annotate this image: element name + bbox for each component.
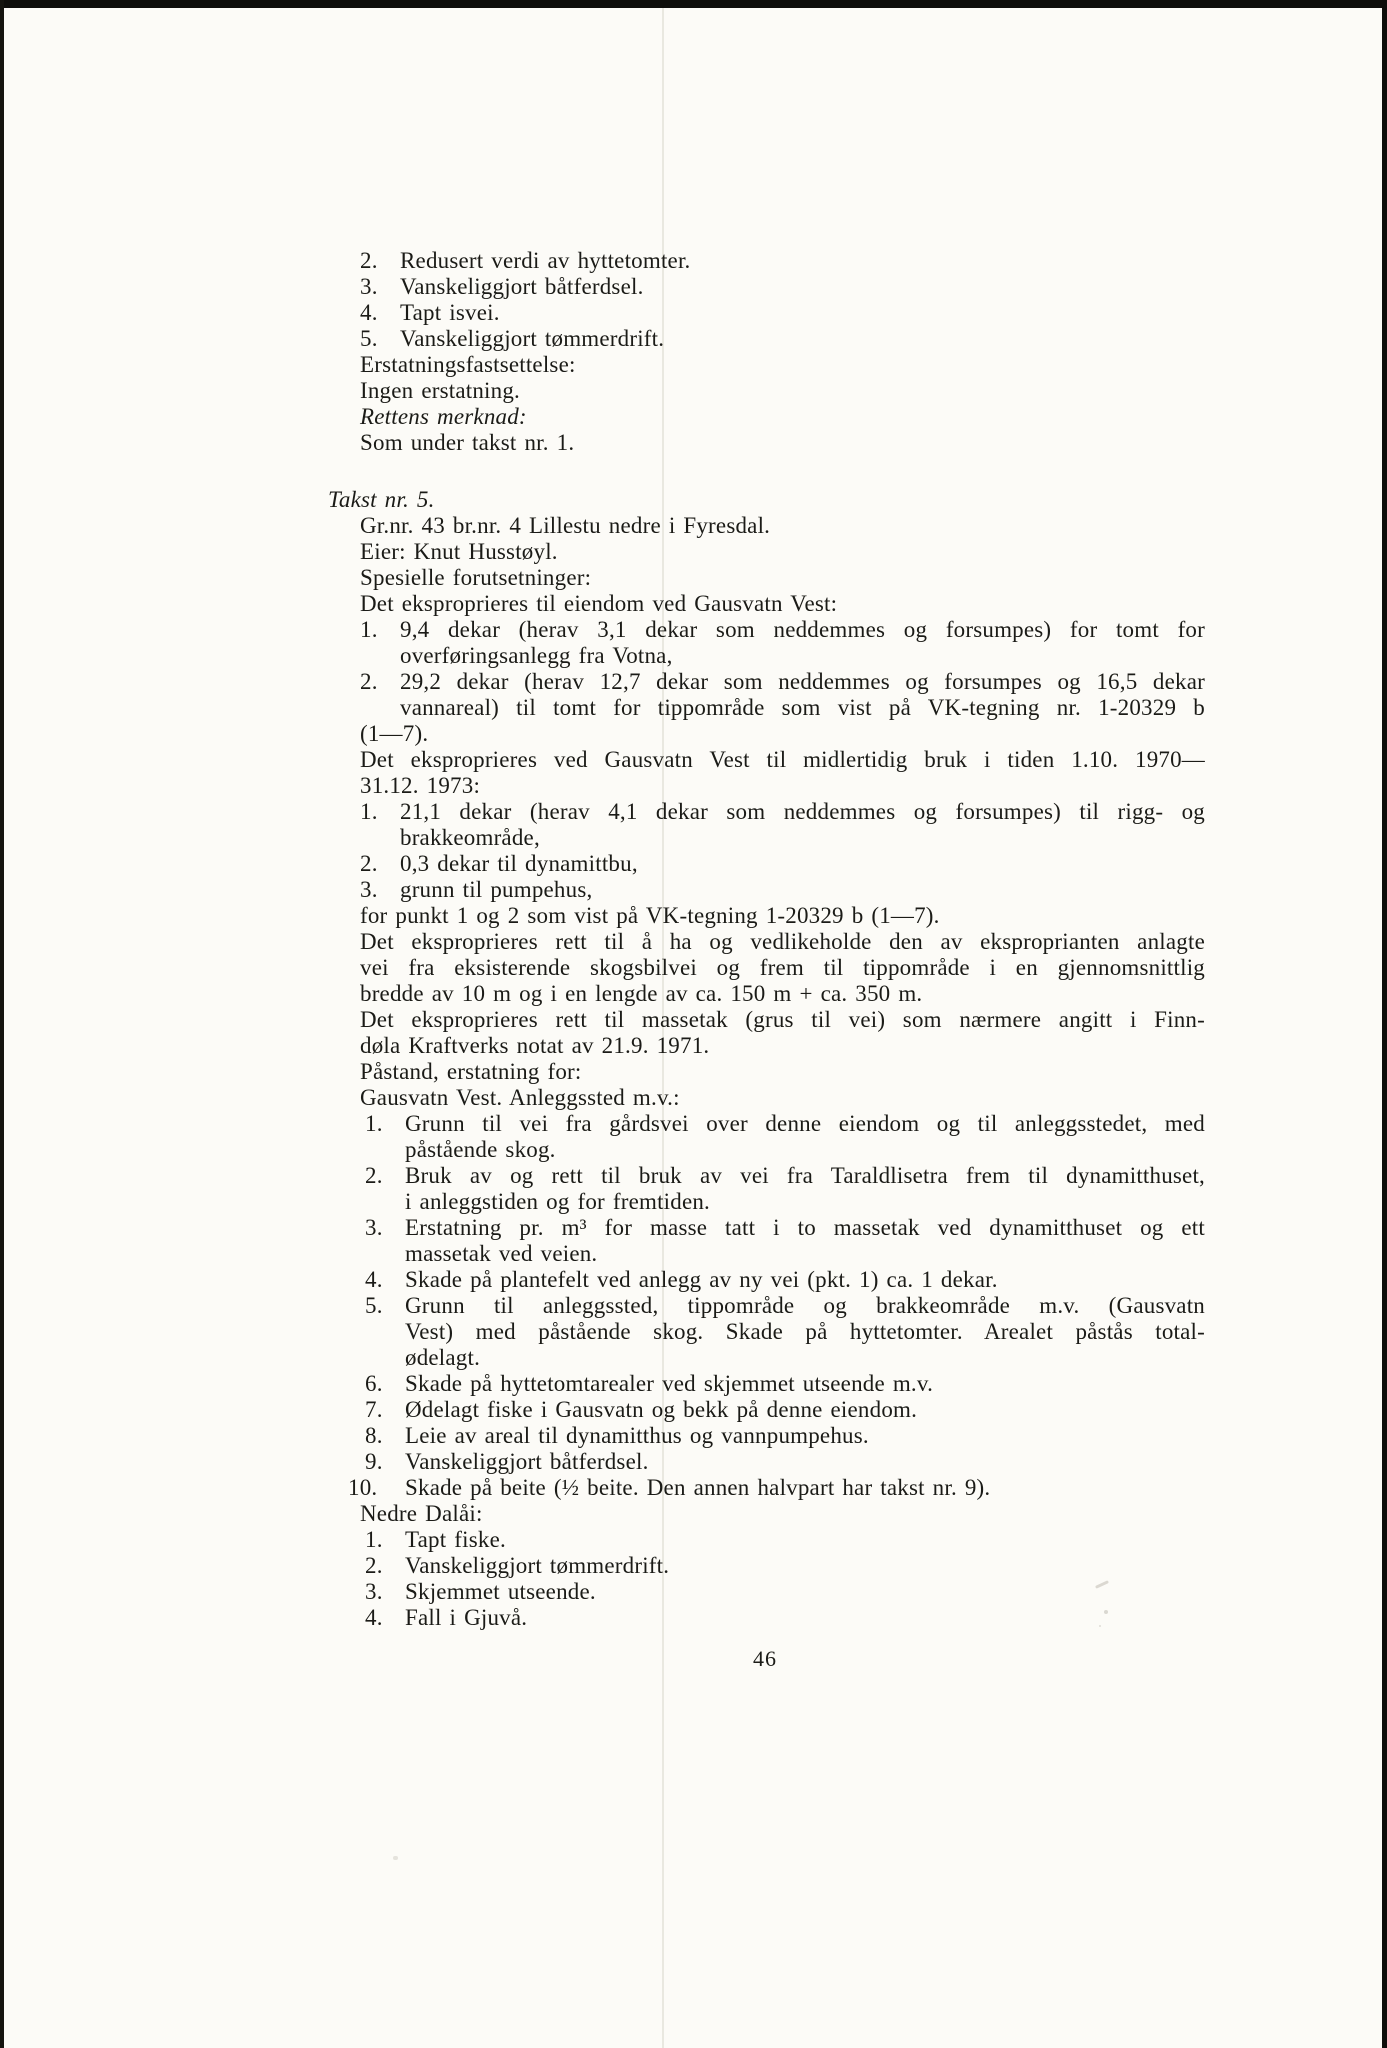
text-line: Rettens merknad: bbox=[360, 404, 527, 430]
text-run: Vanskeliggjort tømmerdrift. bbox=[400, 326, 664, 352]
text-line: 1.21,1 dekar (herav 4,1 dekar som neddem… bbox=[360, 799, 1205, 825]
list-number: 3. bbox=[365, 1579, 405, 1605]
list-number: 7. bbox=[365, 1397, 405, 1423]
text-run: Bruk av og rett til bruk av vei fra Tara… bbox=[405, 1163, 1205, 1189]
text-run: påstående skog. bbox=[405, 1137, 556, 1163]
text-line: 3.Vanskeliggjort båtferdsel. bbox=[360, 274, 644, 300]
text-run: Skjemmet utseende. bbox=[405, 1579, 596, 1605]
scan-speck bbox=[1104, 1610, 1108, 1614]
text-line: Det eksproprieres ved Gausvatn Vest til … bbox=[360, 747, 1205, 773]
list-number: 1. bbox=[360, 799, 400, 825]
text-run: massetak ved veien. bbox=[405, 1241, 597, 1267]
text-run: brakkeområde, bbox=[400, 825, 540, 851]
list-number: 1. bbox=[365, 1527, 405, 1553]
list-number: 2. bbox=[360, 669, 400, 695]
text-run: Eier: Knut Husstøyl. bbox=[360, 539, 558, 565]
text-line: 4.Tapt isvei. bbox=[360, 300, 500, 326]
text-run: Det eksproprieres rett til massetak (gru… bbox=[360, 1007, 1205, 1033]
list-number: 5. bbox=[360, 326, 400, 352]
list-number: 9. bbox=[365, 1449, 405, 1475]
text-line: 2.0,3 dekar til dynamittbu, bbox=[360, 851, 638, 877]
text-run: Som under takst nr. 1. bbox=[360, 430, 574, 456]
text-run: Leie av areal til dynamitthus og vannpum… bbox=[405, 1423, 869, 1449]
text-line: Gausvatn Vest. Anleggssted m.v.: bbox=[360, 1085, 680, 1111]
text-line: Som under takst nr. 1. bbox=[360, 430, 574, 456]
text-line: 2.Vanskeliggjort tømmerdrift. bbox=[365, 1553, 669, 1579]
text-run: Takst nr. 5. bbox=[328, 487, 435, 513]
text-run: vannareal) til tomt for tippområde som v… bbox=[400, 695, 1205, 721]
text-line: 10.Skade på beite (½ beite. Den annen ha… bbox=[348, 1475, 990, 1501]
text-run: Tapt isvei. bbox=[400, 300, 500, 326]
text-run: 9,4 dekar (herav 3,1 dekar som neddemmes… bbox=[400, 617, 1205, 643]
text-run: Gr.nr. 43 br.nr. 4 Lillestu nedre i Fyre… bbox=[360, 513, 770, 539]
scan-speck bbox=[393, 1856, 398, 1860]
text-run: døla Kraftverks notat av 21.9. 1971. bbox=[360, 1033, 709, 1059]
list-number: 4. bbox=[365, 1605, 405, 1631]
list-number: 3. bbox=[365, 1215, 405, 1241]
text-run: grunn til pumpehus, bbox=[400, 877, 592, 903]
text-run: Grunn til anleggssted, tippområde og bra… bbox=[405, 1293, 1205, 1319]
text-line: 8.Leie av areal til dynamitthus og vannp… bbox=[365, 1423, 869, 1449]
list-number: 1. bbox=[365, 1111, 405, 1137]
text-run: 31.12. 1973: bbox=[360, 773, 480, 799]
text-run: Skade på plantefelt ved anlegg av ny vei… bbox=[405, 1267, 998, 1293]
text-line: 3.grunn til pumpehus, bbox=[360, 877, 592, 903]
text-run: Vest) med påstående skog. Skade på hytte… bbox=[405, 1319, 1205, 1345]
text-run: Det eksproprieres til eiendom ved Gausva… bbox=[360, 591, 837, 617]
text-run: overføringsanlegg fra Votna, bbox=[400, 643, 673, 669]
text-line: i anleggstiden og for fremtiden. bbox=[405, 1189, 710, 1215]
text-run: Erstatning pr. m³ for masse tatt i to ma… bbox=[405, 1215, 1205, 1241]
text-run: vei fra eksisterende skogsbilvei og frem… bbox=[360, 955, 1205, 981]
text-run: Påstand, erstatning for: bbox=[360, 1059, 582, 1085]
text-line: døla Kraftverks notat av 21.9. 1971. bbox=[360, 1033, 709, 1059]
text-line: 5.Vanskeliggjort tømmerdrift. bbox=[360, 326, 664, 352]
text-layer: 2.Redusert verdi av hyttetomter.3.Vanske… bbox=[0, 0, 1387, 2048]
text-line: Erstatningsfastsettelse: bbox=[360, 352, 576, 378]
text-line: 3.Erstatning pr. m³ for masse tatt i to … bbox=[365, 1215, 1205, 1241]
text-run: Rettens merknad: bbox=[360, 404, 527, 430]
text-line: brakkeområde, bbox=[400, 825, 540, 851]
text-run: Nedre Dalåi: bbox=[360, 1501, 483, 1527]
text-line: 1.9,4 dekar (herav 3,1 dekar som neddemm… bbox=[360, 617, 1205, 643]
text-line: Påstand, erstatning for: bbox=[360, 1059, 582, 1085]
text-line: Spesielle forutsetninger: bbox=[360, 565, 591, 591]
list-number: 4. bbox=[360, 300, 400, 326]
text-line: 2.29,2 dekar (herav 12,7 dekar som nedde… bbox=[360, 669, 1205, 695]
list-number: 1. bbox=[360, 617, 400, 643]
text-run: Vanskeliggjort tømmerdrift. bbox=[405, 1553, 669, 1579]
text-line: Ingen erstatning. bbox=[360, 378, 520, 404]
text-run: Spesielle forutsetninger: bbox=[360, 565, 591, 591]
text-line: påstående skog. bbox=[405, 1137, 556, 1163]
text-run: Grunn til vei fra gårdsvei over denne ei… bbox=[405, 1111, 1205, 1137]
text-line: 9.Vanskeliggjort båtferdsel. bbox=[365, 1449, 649, 1475]
takst-5-heading: Takst nr. 5. bbox=[328, 487, 435, 513]
text-run: ødelagt. bbox=[405, 1345, 480, 1371]
text-line: 1.Grunn til vei fra gårdsvei over denne … bbox=[365, 1111, 1205, 1137]
text-line: vannareal) til tomt for tippområde som v… bbox=[400, 695, 1205, 721]
text-line: Gr.nr. 43 br.nr. 4 Lillestu nedre i Fyre… bbox=[360, 513, 770, 539]
text-line: Nedre Dalåi: bbox=[360, 1501, 483, 1527]
list-number: 2. bbox=[365, 1163, 405, 1189]
text-run: for punkt 1 og 2 som vist på VK-tegning … bbox=[360, 903, 940, 929]
list-number: 3. bbox=[360, 274, 400, 300]
text-line: 5.Grunn til anleggssted, tippområde og b… bbox=[365, 1293, 1205, 1319]
text-run: Fall i Gjuvå. bbox=[405, 1605, 527, 1631]
text-line: 6.Skade på hyttetomtarealer ved skjemmet… bbox=[365, 1371, 933, 1397]
text-line: Eier: Knut Husstøyl. bbox=[360, 539, 558, 565]
text-run: 0,3 dekar til dynamittbu, bbox=[400, 851, 638, 877]
text-line: 2.Bruk av og rett til bruk av vei fra Ta… bbox=[365, 1163, 1205, 1189]
text-line: 3.Skjemmet utseende. bbox=[365, 1579, 596, 1605]
scanned-page: 2.Redusert verdi av hyttetomter.3.Vanske… bbox=[0, 0, 1387, 2048]
text-line: Det eksproprieres rett til å ha og vedli… bbox=[360, 929, 1205, 955]
text-run: Skade på hyttetomtarealer ved skjemmet u… bbox=[405, 1371, 933, 1397]
text-line: Det eksproprieres til eiendom ved Gausva… bbox=[360, 591, 837, 617]
text-run: 29,2 dekar (herav 12,7 dekar som neddemm… bbox=[400, 669, 1205, 695]
list-number: 2. bbox=[365, 1553, 405, 1579]
text-line: 2.Redusert verdi av hyttetomter. bbox=[360, 248, 690, 274]
text-line: overføringsanlegg fra Votna, bbox=[400, 643, 673, 669]
text-run: (1—7). bbox=[360, 721, 428, 747]
text-line: for punkt 1 og 2 som vist på VK-tegning … bbox=[360, 903, 940, 929]
text-run: bredde av 10 m og i en lengde av ca. 150… bbox=[360, 981, 922, 1007]
text-line: 4.Skade på plantefelt ved anlegg av ny v… bbox=[365, 1267, 998, 1293]
text-run: Erstatningsfastsettelse: bbox=[360, 352, 576, 378]
page-number: 46 bbox=[730, 1646, 800, 1672]
text-line: 1.Tapt fiske. bbox=[365, 1527, 506, 1553]
text-line: 7.Ødelagt fiske i Gausvatn og bekk på de… bbox=[365, 1397, 917, 1423]
text-line: Det eksproprieres rett til massetak (gru… bbox=[360, 1007, 1205, 1033]
text-line: ødelagt. bbox=[405, 1345, 480, 1371]
text-line: massetak ved veien. bbox=[405, 1241, 597, 1267]
text-run: i anleggstiden og for fremtiden. bbox=[405, 1189, 710, 1215]
text-run: Redusert verdi av hyttetomter. bbox=[400, 248, 690, 274]
text-line: Vest) med påstående skog. Skade på hytte… bbox=[405, 1319, 1205, 1345]
text-line: 31.12. 1973: bbox=[360, 773, 480, 799]
text-run: Vanskeliggjort båtferdsel. bbox=[400, 274, 644, 300]
list-number: 6. bbox=[365, 1371, 405, 1397]
text-line: (1—7). bbox=[360, 721, 428, 747]
text-run: Skade på beite (½ beite. Den annen halvp… bbox=[405, 1475, 990, 1501]
list-number: 3. bbox=[360, 877, 400, 903]
list-number: 2. bbox=[360, 851, 400, 877]
text-line: bredde av 10 m og i en lengde av ca. 150… bbox=[360, 981, 922, 1007]
list-number: 10. bbox=[348, 1475, 405, 1501]
list-number: 8. bbox=[365, 1423, 405, 1449]
text-line: vei fra eksisterende skogsbilvei og frem… bbox=[360, 955, 1205, 981]
list-number: 4. bbox=[365, 1267, 405, 1293]
text-run: Gausvatn Vest. Anleggssted m.v.: bbox=[360, 1085, 680, 1111]
text-line: 4.Fall i Gjuvå. bbox=[365, 1605, 527, 1631]
text-run: Ødelagt fiske i Gausvatn og bekk på denn… bbox=[405, 1397, 917, 1423]
text-run: 21,1 dekar (herav 4,1 dekar som neddemme… bbox=[400, 799, 1205, 825]
text-run: Det eksproprieres rett til å ha og vedli… bbox=[360, 929, 1205, 955]
text-run: Ingen erstatning. bbox=[360, 378, 520, 404]
list-number: 2. bbox=[360, 248, 400, 274]
text-run: Vanskeliggjort båtferdsel. bbox=[405, 1449, 649, 1475]
text-run: Det eksproprieres ved Gausvatn Vest til … bbox=[360, 747, 1205, 773]
text-run: Tapt fiske. bbox=[405, 1527, 506, 1553]
list-number: 5. bbox=[365, 1293, 405, 1319]
